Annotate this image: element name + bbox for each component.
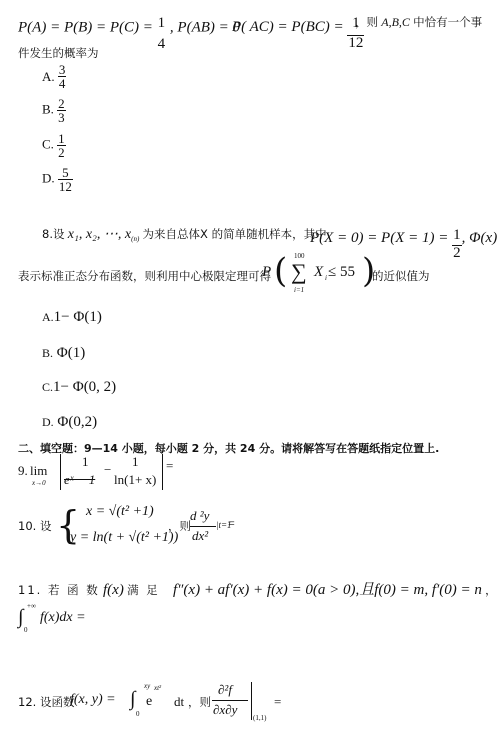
q8-line2-tail: 的近似值为 [372,268,430,284]
q8-option-d[interactable]: D. Φ(0,2) [42,414,97,431]
q8-line2: 表示标准正态分布函数，则利用中心极限定理可得 [18,268,271,284]
q11-integral: ∫ +∞ 0 f(x)dx = [18,602,138,638]
q7-option-b[interactable]: B. 23 [42,97,66,124]
q7-option-d[interactable]: D. 512 [42,166,73,193]
integral-icon: ∫ [18,606,23,629]
q7-prob-equal: P(A) = P(B) = P(C) = [18,19,157,35]
q8-option-a[interactable]: A.1− Φ(1) [42,309,102,326]
q7-line1: P(A) = P(B) = P(C) = 1 4 , P(AB) = 0 [18,10,240,46]
q7-line1-tail: ，则 A,B,C 中恰有一个事 [355,14,482,30]
q8-option-c[interactable]: C.1− Φ(0, 2) [42,379,116,396]
left-bracket-icon [60,454,62,490]
q8-prob-expr: P(X = 0) = P(X = 1) = 1 2 , Φ(x) [310,222,497,255]
integral-icon: ∫ [130,688,135,711]
q7-fraction-quarter: 1 4 [157,16,167,52]
q7-pab: , P(AB) = 0 [170,19,240,35]
q9-expression: 9. lim x→0 1 eˣ − 1 − 1 ln(1+ x) = [18,454,178,494]
q8-line1: 8.设 x₁, x₂, ⋯, x(n) 为来自总体X 的简单随机样本，其中 [42,226,327,243]
q8-option-b[interactable]: B. Φ(1) [42,345,85,362]
q10-expression: 10. 设 { x = √(t² +1) y = ln(t + √(t² +1)… [18,500,238,552]
q7-pac-line: P( AC) = P(BC) = 1 12 [232,10,364,45]
right-bracket-icon [162,454,164,490]
left-brace-icon: ( [274,254,287,288]
q11-line1: 11. 若 函 数 f(x) 满 足 f″(x) + af′(x) + f(x)… [18,578,488,599]
q7-option-c[interactable]: C. 12 [42,132,66,159]
q12-expression: 12. 设函数 f(x, y) = ∫ 0 xy e xt² dt ，则 ∂²f… [18,682,298,726]
q7-option-a[interactable]: A. 34 [42,63,66,90]
summation-icon: ∑ [291,259,307,285]
q7-line2: 件发生的概率为 [18,45,99,61]
